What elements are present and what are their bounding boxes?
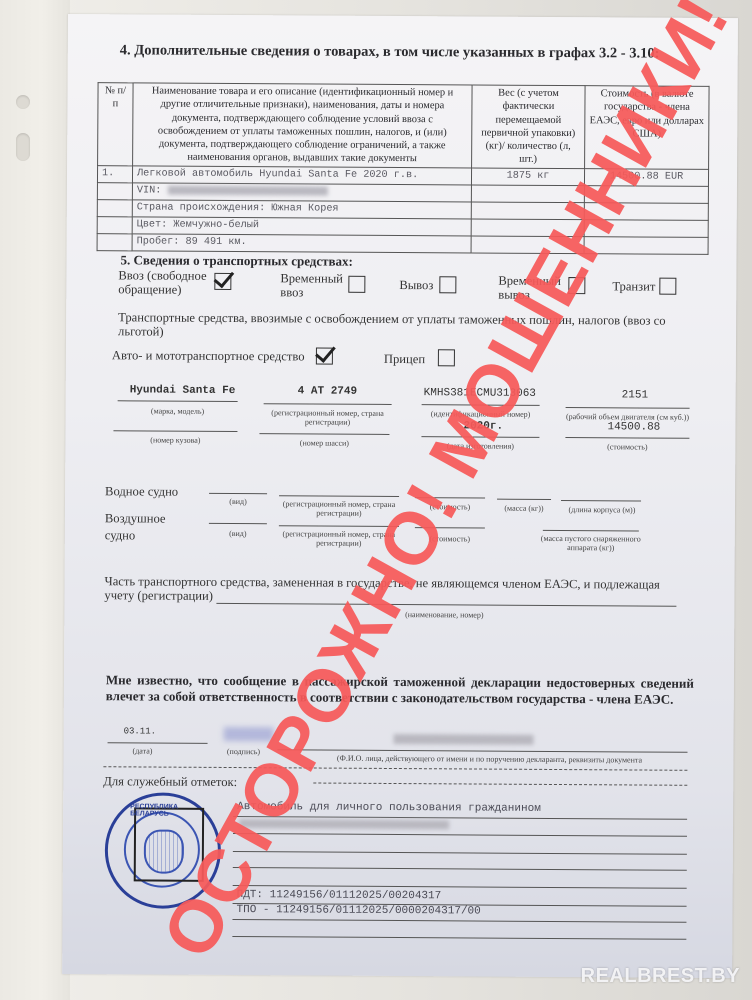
type-auto-label: Авто- и мототранспортное средство [112, 348, 305, 363]
pdt-number: ПДТ: 11249156/01112025/00204317 [237, 889, 442, 902]
mode-temp-import-label: Временный ввоз [280, 271, 350, 299]
mode-transit-label: Транзит [612, 279, 655, 293]
service-marks-label: Для служебный отметок: [103, 774, 237, 789]
water-vessel-label: Водное судно [105, 484, 178, 498]
reg-number-value: 4 AT 2749 [298, 385, 357, 397]
section-5-title: 5. Сведения о транспортных средствах: [120, 252, 353, 269]
vehicle-cost-value: 14500.88 [607, 421, 660, 433]
punch-hole [16, 133, 30, 161]
col-number: № п/п [98, 83, 134, 166]
redacted-vin [167, 185, 327, 195]
make-model-value: Hyundai Santa Fe [130, 384, 236, 397]
type-auto-checkbox[interactable] [316, 348, 333, 365]
sheet-protector-edge [0, 0, 70, 1000]
engine-value: 2151 [622, 389, 648, 401]
declaration-statement: Мне известно, что сообщение в пассажирск… [106, 672, 694, 708]
mode-import-label: Ввоз (свободное обращение) [118, 268, 208, 297]
redacted-declarant-name [394, 734, 534, 745]
mode-transit-checkbox[interactable] [659, 278, 676, 295]
exempt-text: Транспортные средства, ввозимые с освобо… [118, 310, 688, 341]
tpo-number: ТПО - 11249156/01112025/0000204317/00 [236, 904, 480, 917]
col-weight: Вес (с учетом фактически перемещаемой пе… [472, 85, 586, 168]
type-trailer-label: Прицеп [384, 352, 425, 366]
mode-export-checkbox[interactable] [439, 276, 456, 293]
col-description: Наименование товара и его описание (иден… [133, 83, 472, 168]
mode-export-label: Вывоз [399, 278, 433, 292]
mode-temp-import-checkbox[interactable] [348, 276, 365, 293]
section-4-title: 4. Дополнительные сведения о товарах, в … [120, 42, 660, 62]
declaration-date: 03.11. [124, 726, 156, 736]
punch-hole [16, 95, 30, 109]
air-vessel-label: Воздушное судно [105, 510, 165, 544]
site-watermark: REALBREST.BY [581, 965, 740, 988]
mode-import-checkbox[interactable] [214, 273, 231, 290]
type-trailer-checkbox[interactable] [438, 349, 455, 366]
